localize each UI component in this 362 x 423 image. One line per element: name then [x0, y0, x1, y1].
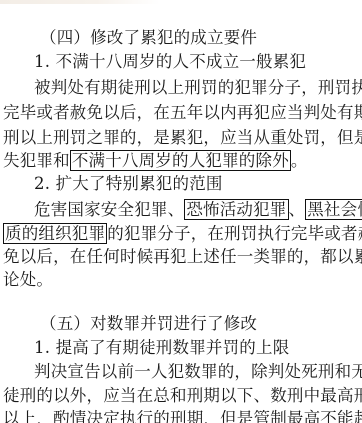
boxed-highlight: 质的组织犯罪 [3, 223, 107, 244]
paragraph-line: 刑以上刑罚之罪的，是累犯，应当从重处罚，但是过 [0, 127, 362, 149]
item-title: 2. 扩大了特别累犯的范围 [0, 173, 362, 195]
paragraph-line: 徒刑的以外，应当在总和刑期以下、数刑中最高刑期 [0, 385, 362, 407]
paragraph-line: 失犯罪和不满十八周岁的人犯罪的除外。 [0, 150, 362, 172]
item-title: 1. 提高了有期徒刑数罪并罚的上限 [0, 337, 362, 359]
text: 、 [289, 200, 306, 219]
paragraph-line: 完毕或者赦免以后，在五年以内再犯应当判处有期徒 [0, 102, 362, 124]
item-title: 1. 不满十八周岁的人不成立一般累犯 [0, 51, 362, 73]
boxed-highlight: 恐怖活动犯罪 [184, 199, 288, 220]
paragraph-line: 质的组织犯罪的犯罪分子，在刑罚执行完毕或者赦 [0, 223, 362, 245]
paragraph-line: 被判处有期徒刑以上刑罚的犯罪分子，刑罚执行 [0, 77, 362, 99]
section-heading: （五）对数罪并罚进行了修改 [0, 313, 362, 335]
paragraph-line: 免以后，在任何时候再犯上述任一类罪的，都以累犯 [0, 246, 362, 268]
section-heading: （四）修改了累犯的成立要件 [0, 27, 362, 49]
paragraph-line: 以上，酌情决定执行的刑期，但是管制最高不能超过 [0, 408, 362, 423]
paragraph-line: 危害国家安全犯罪、恐怖活动犯罪、黑社会性 [0, 199, 362, 221]
text: 的犯罪分子，在刑罚执行完毕或者赦 [107, 224, 362, 243]
paragraph-line: 判决宣告以前一人犯数罪的，除判处死刑和无期 [0, 361, 362, 383]
scan-header-remnant [0, 0, 160, 4]
text: 失犯罪和 [3, 151, 70, 170]
boxed-highlight: 黑社会性 [305, 199, 362, 220]
text: 。 [291, 151, 308, 170]
paragraph-line: 论处。 [0, 269, 362, 291]
text: 危害国家安全犯罪、 [34, 200, 184, 219]
boxed-highlight: 不满十八周岁的人犯罪的除外 [70, 150, 291, 171]
